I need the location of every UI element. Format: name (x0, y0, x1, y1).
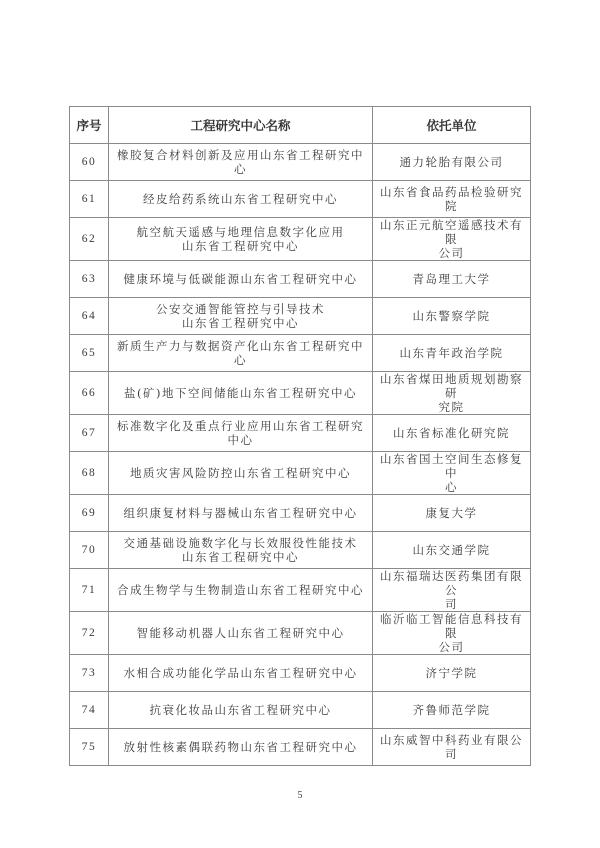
header-center-name: 工程研究中心名称 (109, 107, 373, 144)
center-name-line: 交通基础设施数字化与长效服役性能技术 (113, 536, 368, 550)
host-unit-line: 山东省食品药品检验研究院 (377, 185, 526, 213)
center-name-cell: 智能移动机器人山东省工程研究中心 (109, 612, 373, 655)
host-unit-line: 山东福瑞达医药集团有限公 (377, 569, 526, 597)
table-row: 71合成生物学与生物制造山东省工程研究中心山东福瑞达医药集团有限公司 (70, 569, 531, 612)
host-unit-line: 临沂临工智能信息科技有限 (377, 612, 526, 640)
serial-number-cell: 61 (70, 181, 109, 218)
host-unit-line: 公司 (377, 640, 526, 654)
table-row: 66盐(矿)地下空间储能山东省工程研究中心山东省煤田地质规划勘察研究院 (70, 372, 531, 415)
host-unit-cell: 青岛理工大学 (373, 261, 531, 298)
engineering-centers-table: 序号 工程研究中心名称 依托单位 60橡胶复合材料创新及应用山东省工程研究中心通… (69, 106, 531, 766)
table-body: 60橡胶复合材料创新及应用山东省工程研究中心通力轮胎有限公司61经皮给药系统山东… (70, 144, 531, 766)
host-unit-line: 山东交通学院 (377, 543, 526, 557)
table-row: 67标准数字化及重点行业应用山东省工程研究中心山东省标准化研究院 (70, 415, 531, 452)
center-name-cell: 放射性核素偶联药物山东省工程研究中心 (109, 729, 373, 766)
center-name-cell: 抗衰化妆品山东省工程研究中心 (109, 692, 373, 729)
host-unit-cell: 济宁学院 (373, 655, 531, 692)
serial-number-cell: 72 (70, 612, 109, 655)
serial-number-cell: 71 (70, 569, 109, 612)
table-row: 62航空航天遥感与地理信息数字化应用山东省工程研究中心山东正元航空遥感技术有限公… (70, 218, 531, 261)
center-name-line: 智能移动机器人山东省工程研究中心 (113, 626, 368, 640)
table-row: 72智能移动机器人山东省工程研究中心临沂临工智能信息科技有限公司 (70, 612, 531, 655)
host-unit-line: 通力轮胎有限公司 (377, 155, 526, 169)
document-page: 序号 工程研究中心名称 依托单位 60橡胶复合材料创新及应用山东省工程研究中心通… (0, 0, 600, 848)
host-unit-line: 康复大学 (377, 506, 526, 520)
host-unit-line: 山东省煤田地质规划勘察研 (377, 372, 526, 400)
center-name-cell: 新质生产力与数据资产化山东省工程研究中心 (109, 335, 373, 372)
serial-number-cell: 73 (70, 655, 109, 692)
center-name-line: 经皮给药系统山东省工程研究中心 (113, 192, 368, 206)
center-name-cell: 水相合成功能化学品山东省工程研究中心 (109, 655, 373, 692)
host-unit-cell: 齐鲁师范学院 (373, 692, 531, 729)
center-name-cell: 盐(矿)地下空间储能山东省工程研究中心 (109, 372, 373, 415)
center-name-line: 公安交通智能管控与引导技术 (113, 302, 368, 316)
host-unit-cell: 山东省煤田地质规划勘察研究院 (373, 372, 531, 415)
host-unit-line: 司 (377, 597, 526, 611)
host-unit-cell: 通力轮胎有限公司 (373, 144, 531, 181)
host-unit-line: 心 (377, 480, 526, 494)
center-name-line: 山东省工程研究中心 (113, 316, 368, 330)
center-name-line: 山东省工程研究中心 (113, 550, 368, 564)
page-number: 5 (0, 790, 600, 801)
center-name-cell: 健康环境与低碳能源山东省工程研究中心 (109, 261, 373, 298)
table-row: 65新质生产力与数据资产化山东省工程研究中心山东青年政治学院 (70, 335, 531, 372)
serial-number-cell: 68 (70, 452, 109, 495)
host-unit-cell: 山东省国土空间生态修复中心 (373, 452, 531, 495)
serial-number-cell: 69 (70, 495, 109, 532)
serial-number-cell: 75 (70, 729, 109, 766)
table-row: 68地质灾害风险防控山东省工程研究中心山东省国土空间生态修复中心 (70, 452, 531, 495)
center-name-line: 合成生物学与生物制造山东省工程研究中心 (113, 583, 368, 597)
host-unit-cell: 山东省食品药品检验研究院 (373, 181, 531, 218)
host-unit-line: 山东省国土空间生态修复中 (377, 452, 526, 480)
table-row: 64公安交通智能管控与引导技术山东省工程研究中心山东警察学院 (70, 298, 531, 335)
table-header-row: 序号 工程研究中心名称 依托单位 (70, 107, 531, 144)
host-unit-line: 山东警察学院 (377, 309, 526, 323)
center-name-line: 放射性核素偶联药物山东省工程研究中心 (113, 740, 368, 754)
host-unit-line: 山东青年政治学院 (377, 346, 526, 360)
serial-number-cell: 64 (70, 298, 109, 335)
center-name-line: 抗衰化妆品山东省工程研究中心 (113, 703, 368, 717)
center-name-line: 组织康复材料与器械山东省工程研究中心 (113, 506, 368, 520)
host-unit-line: 山东正元航空遥感技术有限 (377, 218, 526, 246)
center-name-cell: 交通基础设施数字化与长效服役性能技术山东省工程研究中心 (109, 532, 373, 569)
center-name-line: 健康环境与低碳能源山东省工程研究中心 (113, 272, 368, 286)
host-unit-line: 山东威智中科药业有限公司 (377, 733, 526, 761)
serial-number-cell: 70 (70, 532, 109, 569)
center-name-cell: 标准数字化及重点行业应用山东省工程研究中心 (109, 415, 373, 452)
table-row: 75放射性核素偶联药物山东省工程研究中心山东威智中科药业有限公司 (70, 729, 531, 766)
center-name-line: 航空航天遥感与地理信息数字化应用 (113, 225, 368, 239)
host-unit-line: 究院 (377, 400, 526, 414)
center-name-cell: 公安交通智能管控与引导技术山东省工程研究中心 (109, 298, 373, 335)
serial-number-cell: 74 (70, 692, 109, 729)
host-unit-cell: 山东交通学院 (373, 532, 531, 569)
host-unit-line: 青岛理工大学 (377, 272, 526, 286)
center-name-cell: 组织康复材料与器械山东省工程研究中心 (109, 495, 373, 532)
center-name-line: 橡胶复合材料创新及应用山东省工程研究中心 (113, 148, 368, 176)
host-unit-cell: 山东正元航空遥感技术有限公司 (373, 218, 531, 261)
center-name-line: 山东省工程研究中心 (113, 239, 368, 253)
table-row: 60橡胶复合材料创新及应用山东省工程研究中心通力轮胎有限公司 (70, 144, 531, 181)
table-row: 69组织康复材料与器械山东省工程研究中心康复大学 (70, 495, 531, 532)
host-unit-line: 济宁学院 (377, 666, 526, 680)
serial-number-cell: 65 (70, 335, 109, 372)
host-unit-cell: 山东福瑞达医药集团有限公司 (373, 569, 531, 612)
table-row: 70交通基础设施数字化与长效服役性能技术山东省工程研究中心山东交通学院 (70, 532, 531, 569)
serial-number-cell: 67 (70, 415, 109, 452)
header-serial-number: 序号 (70, 107, 109, 144)
center-name-line: 地质灾害风险防控山东省工程研究中心 (113, 466, 368, 480)
center-name-cell: 地质灾害风险防控山东省工程研究中心 (109, 452, 373, 495)
serial-number-cell: 60 (70, 144, 109, 181)
host-unit-cell: 山东威智中科药业有限公司 (373, 729, 531, 766)
center-name-cell: 航空航天遥感与地理信息数字化应用山东省工程研究中心 (109, 218, 373, 261)
center-name-cell: 经皮给药系统山东省工程研究中心 (109, 181, 373, 218)
host-unit-cell: 山东省标准化研究院 (373, 415, 531, 452)
center-name-line: 新质生产力与数据资产化山东省工程研究中心 (113, 339, 368, 367)
host-unit-cell: 山东警察学院 (373, 298, 531, 335)
host-unit-line: 山东省标准化研究院 (377, 426, 526, 440)
center-name-cell: 橡胶复合材料创新及应用山东省工程研究中心 (109, 144, 373, 181)
header-host-unit: 依托单位 (373, 107, 531, 144)
table-row: 73水相合成功能化学品山东省工程研究中心济宁学院 (70, 655, 531, 692)
host-unit-cell: 临沂临工智能信息科技有限公司 (373, 612, 531, 655)
host-unit-line: 公司 (377, 246, 526, 260)
host-unit-line: 齐鲁师范学院 (377, 703, 526, 717)
center-name-line: 标准数字化及重点行业应用山东省工程研究中心 (113, 419, 368, 447)
table-row: 74抗衰化妆品山东省工程研究中心齐鲁师范学院 (70, 692, 531, 729)
center-name-line: 盐(矿)地下空间储能山东省工程研究中心 (113, 386, 368, 400)
serial-number-cell: 66 (70, 372, 109, 415)
center-name-line: 水相合成功能化学品山东省工程研究中心 (113, 666, 368, 680)
table-row: 61经皮给药系统山东省工程研究中心山东省食品药品检验研究院 (70, 181, 531, 218)
serial-number-cell: 63 (70, 261, 109, 298)
host-unit-cell: 康复大学 (373, 495, 531, 532)
serial-number-cell: 62 (70, 218, 109, 261)
host-unit-cell: 山东青年政治学院 (373, 335, 531, 372)
center-name-cell: 合成生物学与生物制造山东省工程研究中心 (109, 569, 373, 612)
table-row: 63健康环境与低碳能源山东省工程研究中心青岛理工大学 (70, 261, 531, 298)
